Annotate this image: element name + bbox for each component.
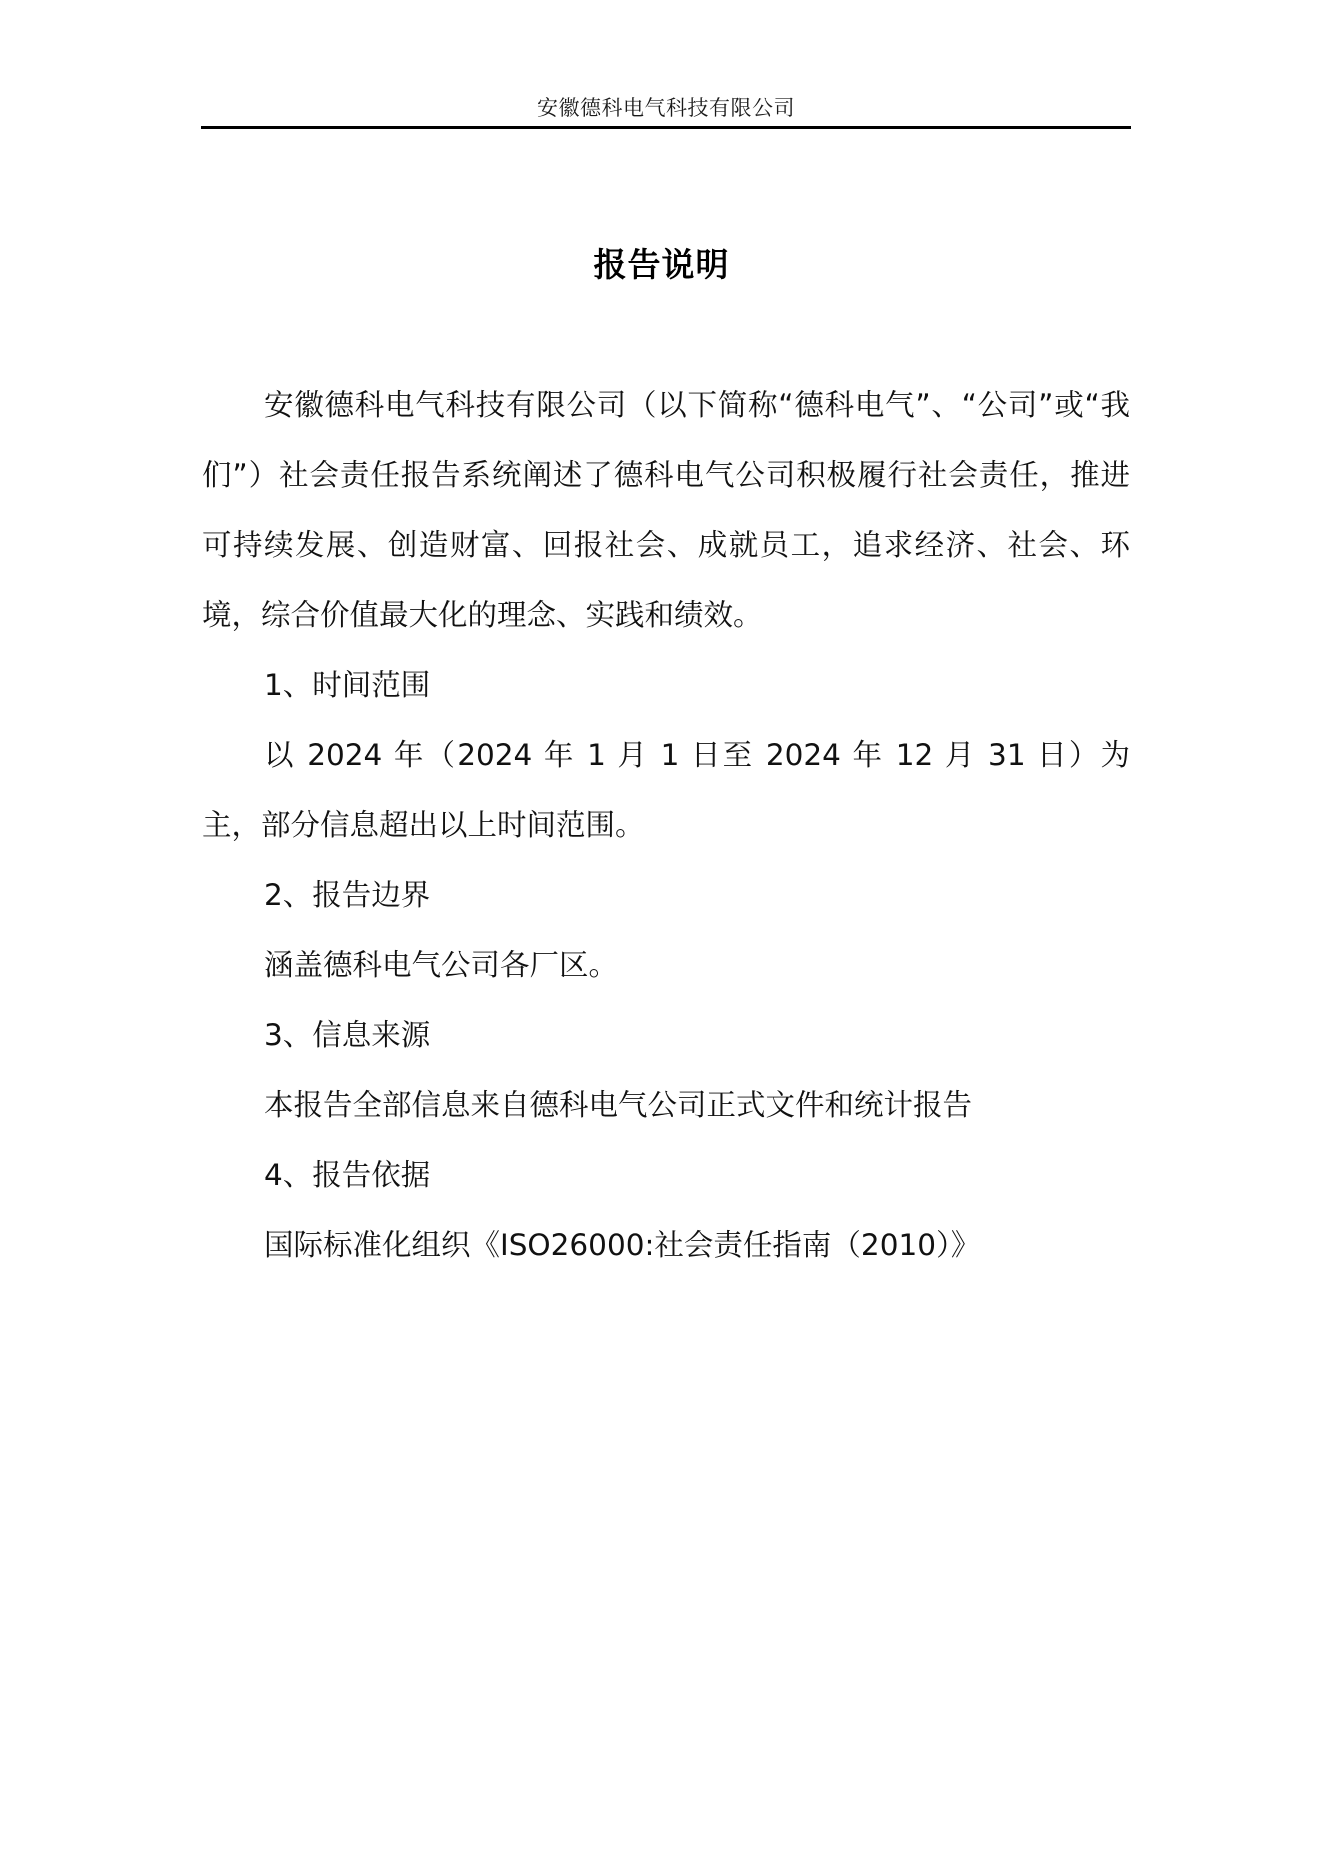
header-company-name: 安徽德科电气科技有限公司 <box>201 94 1131 122</box>
header-divider <box>201 126 1131 129</box>
page-title: 报告说明 <box>0 243 1323 287</box>
section-heading-report-basis: 4、报告依据 <box>202 1140 1130 1210</box>
section-content-information-source: 本报告全部信息来自德科电气公司正式文件和统计报告 <box>202 1070 1130 1140</box>
section-heading-information-source: 3、信息来源 <box>202 1000 1130 1070</box>
page-header: 安徽德科电气科技有限公司 <box>201 94 1131 130</box>
section-content-report-basis: 国际标准化组织《ISO26000:社会责任指南（2010）》 <box>202 1210 1130 1280</box>
section-heading-report-boundary: 2、报告边界 <box>202 860 1130 930</box>
section-content-report-boundary: 涵盖德科电气公司各厂区。 <box>202 930 1130 1000</box>
intro-paragraph: 安徽德科电气科技有限公司（以下简称“德科电气”、“公司”或“我们”）社会责任报告… <box>202 370 1130 650</box>
document-body: 安徽德科电气科技有限公司（以下简称“德科电气”、“公司”或“我们”）社会责任报告… <box>202 370 1130 1280</box>
section-content-time-range: 以 2024 年（2024 年 1 月 1 日至 2024 年 12 月 31 … <box>202 720 1130 860</box>
section-heading-time-range: 1、时间范围 <box>202 650 1130 720</box>
